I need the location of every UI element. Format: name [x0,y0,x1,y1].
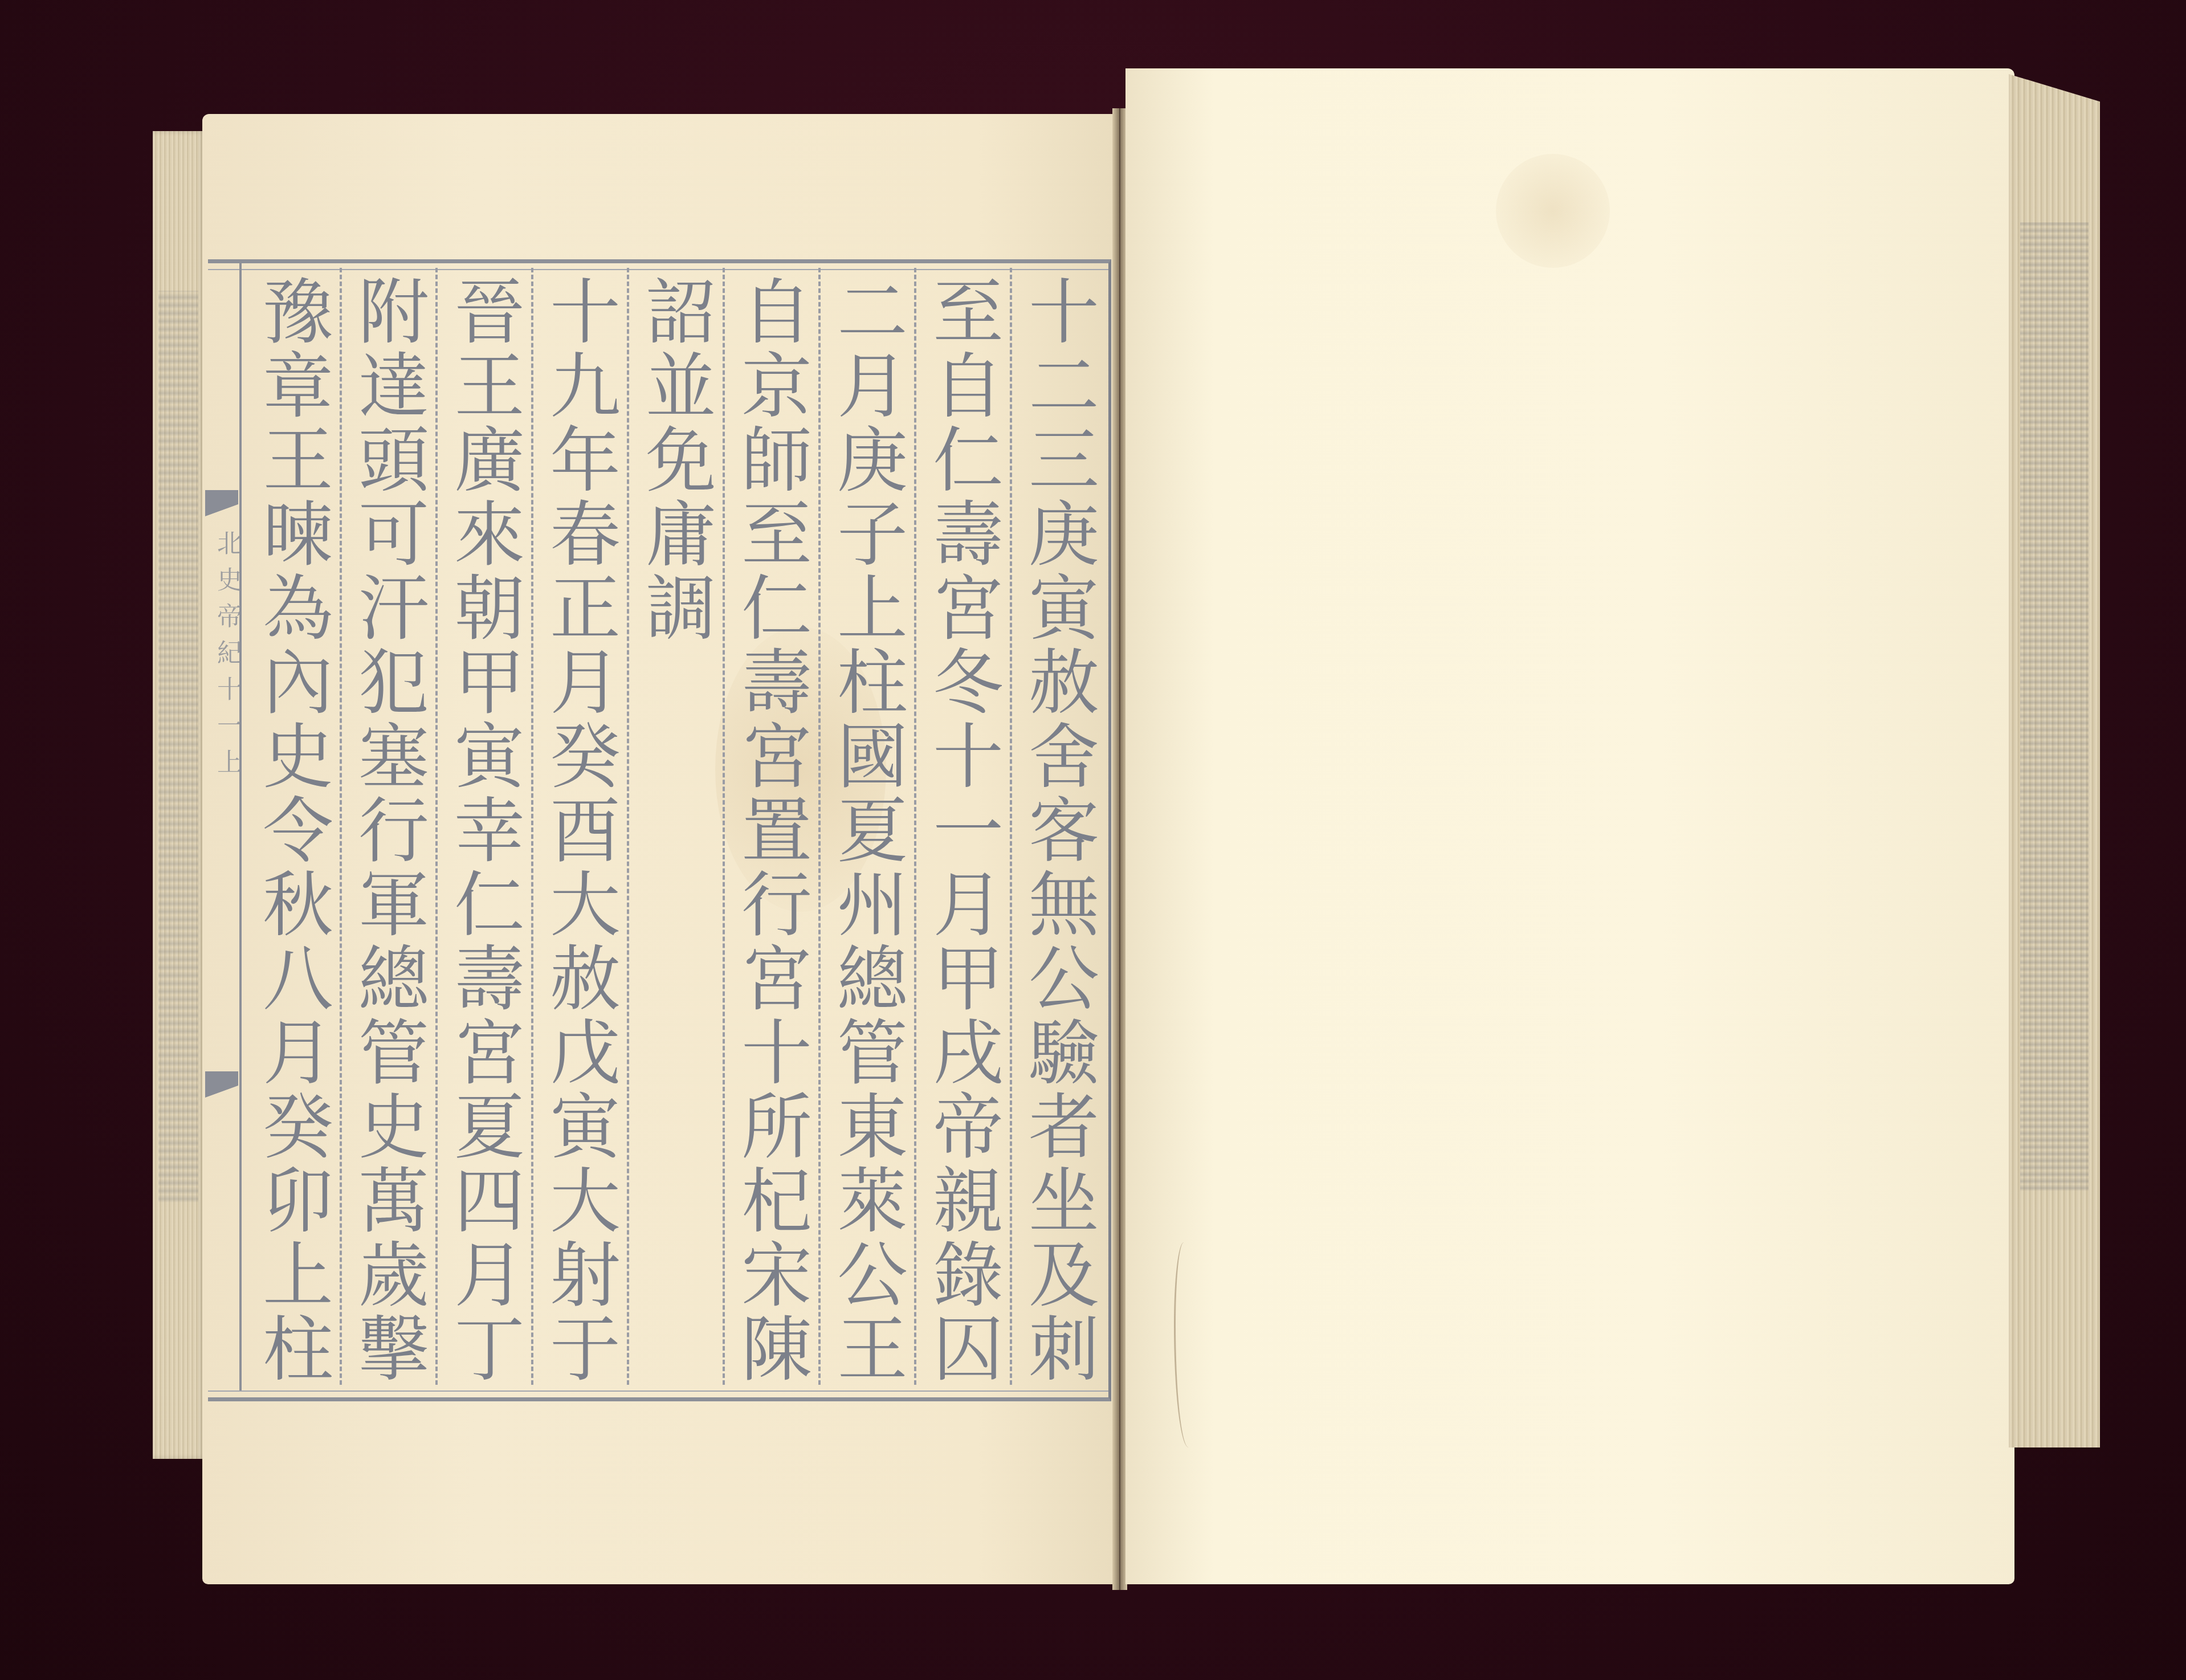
book-spread: 北史帝紀十一上 十二三庚寅赦舍客無公驗者坐及刺史縣令辛卯車 至自仁壽宮冬十一月甲… [0,0,2186,1680]
left-fore-edge [153,131,205,1459]
text-column: 十九年春正月癸酉大赦戊寅大射于武德殿二月己亥 [531,268,627,1385]
column-text: 自京師至仁壽宮置行宮十所杞宋陳亳曹戴譙穎等州水 [731,275,810,1386]
text-column: 附達頭可汗犯塞行軍總管史萬歲擊破之六月丁酉以 [340,268,435,1385]
margin-label: 北史帝紀十一上 [209,530,245,785]
text-column: 豫章王暕為內史令秋八月癸卯上柱國尚書左僕射齊 [244,268,340,1385]
column-text: 十九年春正月癸酉大赦戊寅大射于武德殿二月己亥 [539,275,619,1386]
text-column: 自京師至仁壽宮置行宮十所杞宋陳亳曹戴譙穎等州水 [723,268,818,1385]
column-text: 附達頭可汗犯塞行軍總管史萬歲擊破之六月丁酉以 [348,275,427,1386]
fishtail-mark-icon [205,490,238,530]
text-column: 至自仁壽宮冬十一月甲戌帝親錄囚徒癸未祀南郊十 [914,268,1010,1385]
text-column: 晉王廣來朝甲寅幸仁壽宮夏四月丁酉突厥利可汗內 [435,268,531,1385]
column-text: 十二三庚寅赦舍客無公驗者坐及刺史縣令辛卯車 [1018,275,1098,1386]
column-text: 二月庚子上柱國夏州總管東萊公王景以罪伏誅是歲 [826,275,906,1386]
column-text: 晉王廣來朝甲寅幸仁壽宮夏四月丁酉突厥利可汗內 [443,275,523,1386]
right-page [1125,68,2014,1584]
text-column: 十二三庚寅赦舍客無公驗者坐及刺史縣令辛卯車 [1010,268,1106,1385]
text-columns: 十二三庚寅赦舍客無公驗者坐及刺史縣令辛卯車 至自仁壽宮冬十一月甲戌帝親錄囚徒癸未… [242,268,1106,1385]
right-fore-edge [2009,74,2100,1447]
center-margin: 北史帝紀十一上 [205,262,242,1391]
text-column: 二月庚子上柱國夏州總管東萊公王景以罪伏誅是歲 [818,268,914,1385]
fishtail-mark-icon [205,1071,238,1111]
column-text: 詔並免庸調 [635,275,715,1386]
column-text: 豫章王暕為內史令秋八月癸卯上柱國尚書左僕射齊 [252,275,332,1386]
text-column: 詔並免庸調 [627,268,723,1385]
column-text: 至自仁壽宮冬十一月甲戌帝親錄囚徒癸未祀南郊十 [922,275,1002,1386]
